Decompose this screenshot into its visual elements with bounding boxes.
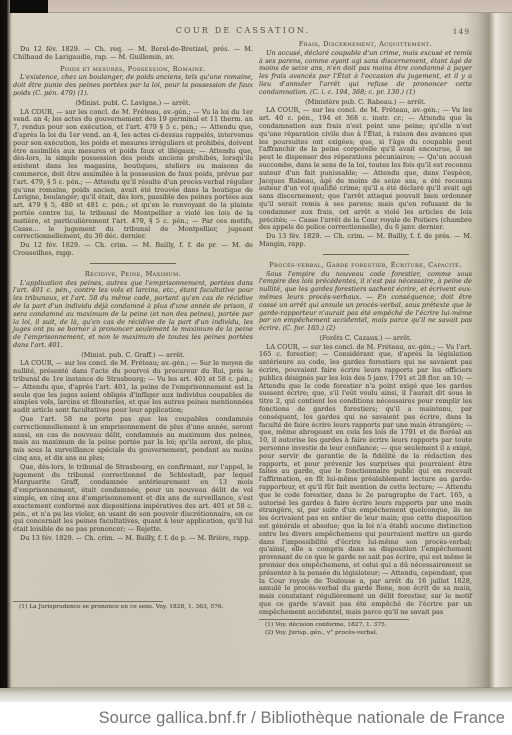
parties-line: (Forêts C. Cazaux.) — arrêt. [259, 335, 472, 343]
footnote: (2) Voy. Jurisp. gén., v° procès-verbal. [259, 630, 472, 637]
case-reference-line: Du 12 fév. 1829. — Ch. req. — M. Borel-d… [13, 46, 253, 62]
source-bar: Source gallica.bnf.fr / Bibliothèque nat… [0, 702, 512, 735]
case-summary: L'application des peines, autres que l'e… [13, 280, 253, 350]
section-heading: Frais, Discernement, Acquittement. [259, 41, 472, 49]
footnote-divider [13, 601, 163, 602]
case-summary: L'existence, chez un boulanger, de poids… [13, 74, 253, 97]
footnote: (1) Voy. décision conforme, 1827, 1. 375… [259, 622, 472, 629]
decision-paragraph: LA COUR, — sur les concl. de M. Fréteau,… [13, 109, 253, 242]
case-reference-line: Du 12 fév. 1829. — Ch. crim. — M. Bailly… [13, 242, 253, 258]
page-number: 149 [453, 27, 470, 36]
decision-paragraph: LA COUR, — sur les concl. de M. Fréteau,… [259, 107, 472, 232]
section-divider [323, 254, 409, 255]
footnote-divider [259, 619, 409, 620]
decision-paragraph: Que, dès-lors, le tribunal de Strasbourg… [13, 464, 253, 534]
decision-paragraph: LA COUR, — sur les concl. de M. Fréteau,… [259, 344, 472, 617]
right-column: Frais, Discernement, Acquittement.Un acc… [259, 38, 472, 638]
page-title: COUR DE CASSATION. [14, 26, 472, 35]
section-heading: Récidive, Peine, Maximum. [13, 271, 253, 279]
decision-paragraph: LA COUR, — sur les concl. de M. Fréteau;… [13, 360, 253, 415]
case-reference-line: Du 13 fév. 1829. — Ch. crim. — M. Bailly… [259, 233, 472, 249]
screenshot-root: COUR DE CASSATION. 149 Du 12 fév. 1829. … [0, 0, 512, 735]
scanned-page: COUR DE CASSATION. 149 Du 12 fév. 1829. … [0, 0, 512, 702]
printed-content: COUR DE CASSATION. 149 Du 12 fév. 1829. … [0, 0, 512, 702]
case-reference-line: Du 13 fév. 1829. — Ch. crim. — M. Bailly… [13, 535, 253, 543]
source-text: Source gallica.bnf.fr / Bibliothèque nat… [99, 709, 505, 728]
case-summary: Sous l'empire du nouveau code forestier,… [259, 271, 472, 333]
parties-line: (Minist. publ. C. Lavigne.) — arrêt. [13, 100, 253, 108]
section-divider [90, 263, 176, 264]
decision-paragraph: Que l'art. 58 ne porte pas que les coupa… [13, 416, 253, 463]
case-summary: Un accusé, déclaré coupable d'un crime, … [259, 50, 472, 97]
section-heading: Procès-verbal, Garde forestier, Écriture… [259, 262, 472, 270]
footnote: (1) La Jurisprudence se prononce en ce s… [13, 604, 253, 611]
left-column: Du 12 fév. 1829. — Ch. req. — M. Borel-d… [13, 46, 253, 612]
